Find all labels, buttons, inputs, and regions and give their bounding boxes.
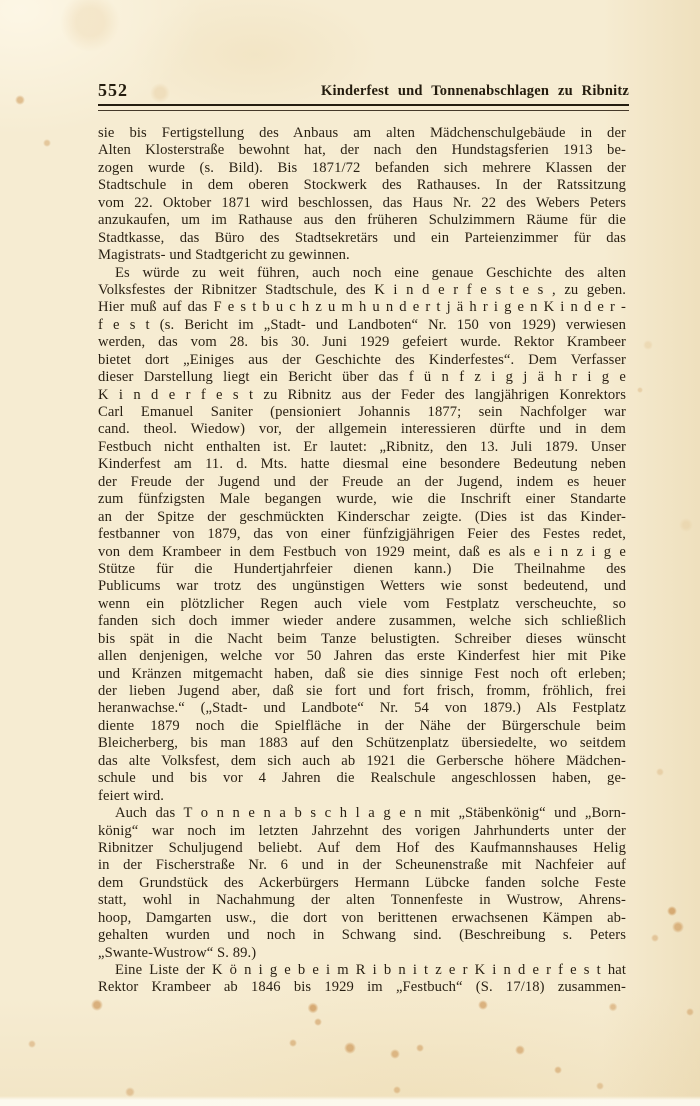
text-line: und Kränzen mitgemacht haben, daß sie di… xyxy=(98,666,626,683)
text-line: Carl Emanuel Saniter (pensioniert Johann… xyxy=(98,404,626,421)
text-line: anzukaufen, um im Rathause aus den frühe… xyxy=(98,212,626,229)
text-line: Hier muß auf das F e s t b u c h z u m h… xyxy=(98,299,626,316)
text-line: dem Grundstück des Ackerbürgers Hermann … xyxy=(98,875,626,892)
text-line: zogen wurde (s. Bild). Bis 1871/72 befan… xyxy=(98,160,626,177)
header-rule xyxy=(98,104,629,111)
page-header: 552 Kinderfest und Tonnenabschlagen zu R… xyxy=(98,80,629,101)
text-line: bis spät in die Nacht beim Tanze belusti… xyxy=(98,631,626,648)
text-line: vom 22. Oktober 1871 wird beschlossen, d… xyxy=(98,195,626,212)
text-line: Stadtschule in dem oberen Stockwerk des … xyxy=(98,177,626,194)
text-line: festbanner von 1879, das von einer fünfz… xyxy=(98,526,626,543)
running-title: Kinderfest und Tonnenabschlagen zu Ribni… xyxy=(321,80,629,100)
text-line: Eine Liste der K ö n i g e b e i m R i b… xyxy=(98,962,626,979)
text-line: schule und bis vor 4 Jahren die Realschu… xyxy=(98,770,626,787)
text-line: dieser Darstellung liegt ein Bericht übe… xyxy=(98,369,626,386)
text-line: Magistrats- und Stadtgericht zu gewinnen… xyxy=(98,247,626,264)
text-line: zum fünfzigsten Male begangen wurde, wie… xyxy=(98,491,626,508)
text-line: Volksfestes der Ribnitzer Stadtschule, d… xyxy=(98,282,626,299)
text-line: statt, wohl in Nachahmung der alten Tonn… xyxy=(98,892,626,909)
text-line: gehalten wurden und noch in Schwang sind… xyxy=(98,927,626,944)
text-line: cand. theol. Wiedow) vor, der allgemein … xyxy=(98,421,626,438)
text-line: allen denjenigen, welche vor 50 Jahren d… xyxy=(98,648,626,665)
text-line: werden, das vom 28. bis 30. Juni 1929 ge… xyxy=(98,334,626,351)
text-line: Festbuch nicht enthalten ist. Er lautet:… xyxy=(98,439,626,456)
text-line: heranwachse.“ („Stadt- und Landbote“ Nr.… xyxy=(98,700,626,717)
text-line: Alten Klosterstraße bewohnt hat, der nac… xyxy=(98,142,626,159)
text-line: das alte Volksfest, dem sich auch ab 192… xyxy=(98,753,626,770)
text-line: fanden sich doch immer wieder andere zus… xyxy=(98,613,626,630)
text-line: der lieben Jugend aber, daß sie fort und… xyxy=(98,683,626,700)
text-line: Kinderfest am 11. d. Mts. hatte diesmal … xyxy=(98,456,626,473)
text-line: Ribnitzer Schuljugend beliebt. Auf dem H… xyxy=(98,840,626,857)
text-line: K i n d e r f e s t zu Ribnitz aus der F… xyxy=(98,387,626,404)
text-line: könig“ war noch im letzten Jahrzehnt des… xyxy=(98,823,626,840)
text-line: Publicums war trotz des ungünstigen Wett… xyxy=(98,578,626,595)
text-line: in der Fischerstraße Nr. 6 und in der Sc… xyxy=(98,857,626,874)
text-line: feiert wird. xyxy=(98,788,626,805)
text-line: Stütze für die Hundertjahrfeier dienen k… xyxy=(98,561,626,578)
text-line: der Freude der Jugend und der Freude an … xyxy=(98,474,626,491)
text-line: Bleicherberg, bis man 1883 auf den Schüt… xyxy=(98,735,626,752)
text-line: Es würde zu weit führen, auch noch eine … xyxy=(98,265,626,282)
body-text: sie bis Fertigstellung des Anbaus am alt… xyxy=(98,125,626,997)
text-line: bietet dort „Einiges aus der Geschichte … xyxy=(98,352,626,369)
text-line: f e s t (s. Bericht im „Stadt- und Landb… xyxy=(98,317,626,334)
text-line: sie bis Fertigstellung des Anbaus am alt… xyxy=(98,125,626,142)
text-line: wenn ein plötzlicher Regen auch viele vo… xyxy=(98,596,626,613)
text-line: Auch das T o n n e n a b s c h l a g e n… xyxy=(98,805,626,822)
document-page: 552 Kinderfest und Tonnenabschlagen zu R… xyxy=(0,0,700,1106)
text-line: diente 1879 noch die Spielfläche in der … xyxy=(98,718,626,735)
text-line: von dem Krambeer in dem Festbuch von 192… xyxy=(98,544,626,561)
text-line: Rektor Krambeer ab 1846 bis 1929 im „Fes… xyxy=(98,979,626,996)
text-line: an der Spitze der geschmückten Kindersch… xyxy=(98,509,626,526)
text-line: Stadtkasse, das Büro des Stadtsekretärs … xyxy=(98,230,626,247)
page-number: 552 xyxy=(98,80,128,101)
text-line: hoop, Damgarten usw., die dort von berit… xyxy=(98,910,626,927)
text-line: „Swante-Wustrow“ S. 89.) xyxy=(98,945,626,962)
